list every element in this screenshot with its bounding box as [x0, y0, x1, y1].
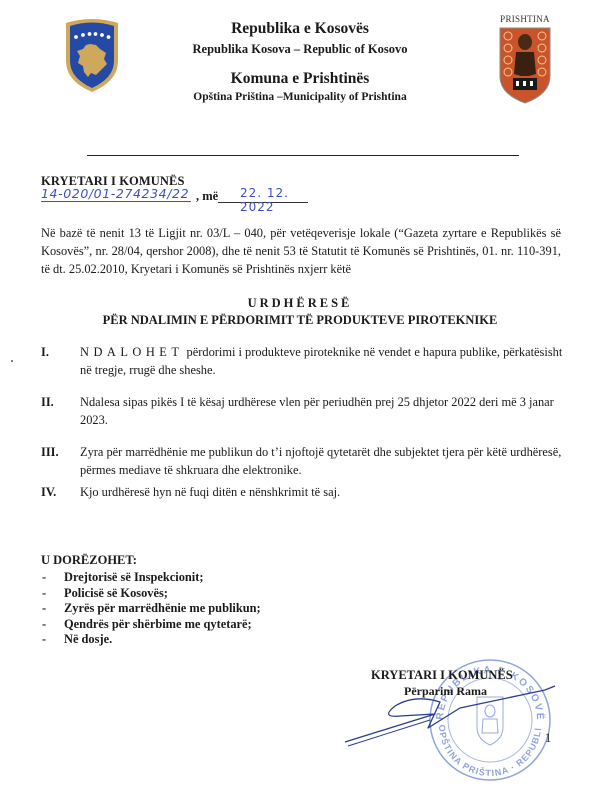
reference-line: 14-020/01-274234/22 , më 22. 12. 2022: [41, 186, 341, 206]
article-number: III.: [41, 443, 59, 461]
article-number: I.: [41, 343, 49, 361]
list-item: Policisë së Kosovës;: [41, 586, 261, 602]
list-item: Zyrës për marrëdhënie me publikun;: [41, 601, 261, 617]
reference-number: 14-020/01-274234/22: [41, 186, 191, 202]
country-name: Republika e Kosovës: [0, 20, 600, 38]
date-value: 22. 12. 2022: [240, 186, 308, 214]
document-subtitle: PËR NDALIMIN E PËRDORIMIT TË PRODUKTEVE …: [0, 313, 600, 328]
municipality-name-translations: Opština Priština –Municipality of Prisht…: [0, 91, 600, 103]
scan-speck: [11, 360, 13, 362]
article-item: III. Zyra për marrëdhënie me publikun do…: [41, 443, 563, 479]
article-lead: NDALOHET: [80, 345, 183, 359]
article-item: IV. Kjo urdhëresë hyn në fuqi ditën e në…: [41, 483, 563, 501]
handwritten-signature-icon: [340, 680, 560, 750]
article-text: Ndalesa sipas pikës I të kësaj urdhërese…: [80, 393, 563, 429]
country-name-translations: Republika Kosova – Republic of Kosovo: [0, 42, 600, 57]
article-number: II.: [41, 393, 54, 411]
header-divider: [87, 155, 519, 156]
list-item: Drejtorisë së Inspekcionit;: [41, 570, 261, 586]
municipality-name: Komuna e Prishtinës: [0, 70, 600, 88]
article-item: II. Ndalesa sipas pikës I të kësaj urdhë…: [41, 393, 563, 429]
date-field: 22. 12. 2022: [218, 186, 308, 203]
article-text: Kjo urdhëresë hyn në fuqi ditën e nënshk…: [80, 483, 563, 501]
article-item: I. NDALOHET përdorimi i produkteve pirot…: [41, 343, 563, 379]
distribution-title: U DORËZOHET:: [41, 553, 137, 568]
legal-basis-paragraph: Në bazë të nenit 13 të Ligjit nr. 03/L –…: [41, 224, 561, 278]
distribution-list: Drejtorisë së Inspekcionit; Policisë së …: [41, 570, 261, 648]
article-number: IV.: [41, 483, 56, 501]
document-title: URDHËRESË: [0, 296, 600, 311]
list-item: Qendrës për shërbime me qytetarë;: [41, 617, 261, 633]
date-label: , më: [196, 189, 218, 204]
article-text: Zyra për marrëdhënie me publikun do t’i …: [80, 443, 563, 479]
list-item: Në dosje.: [41, 632, 261, 648]
page-number: 1: [545, 731, 551, 746]
